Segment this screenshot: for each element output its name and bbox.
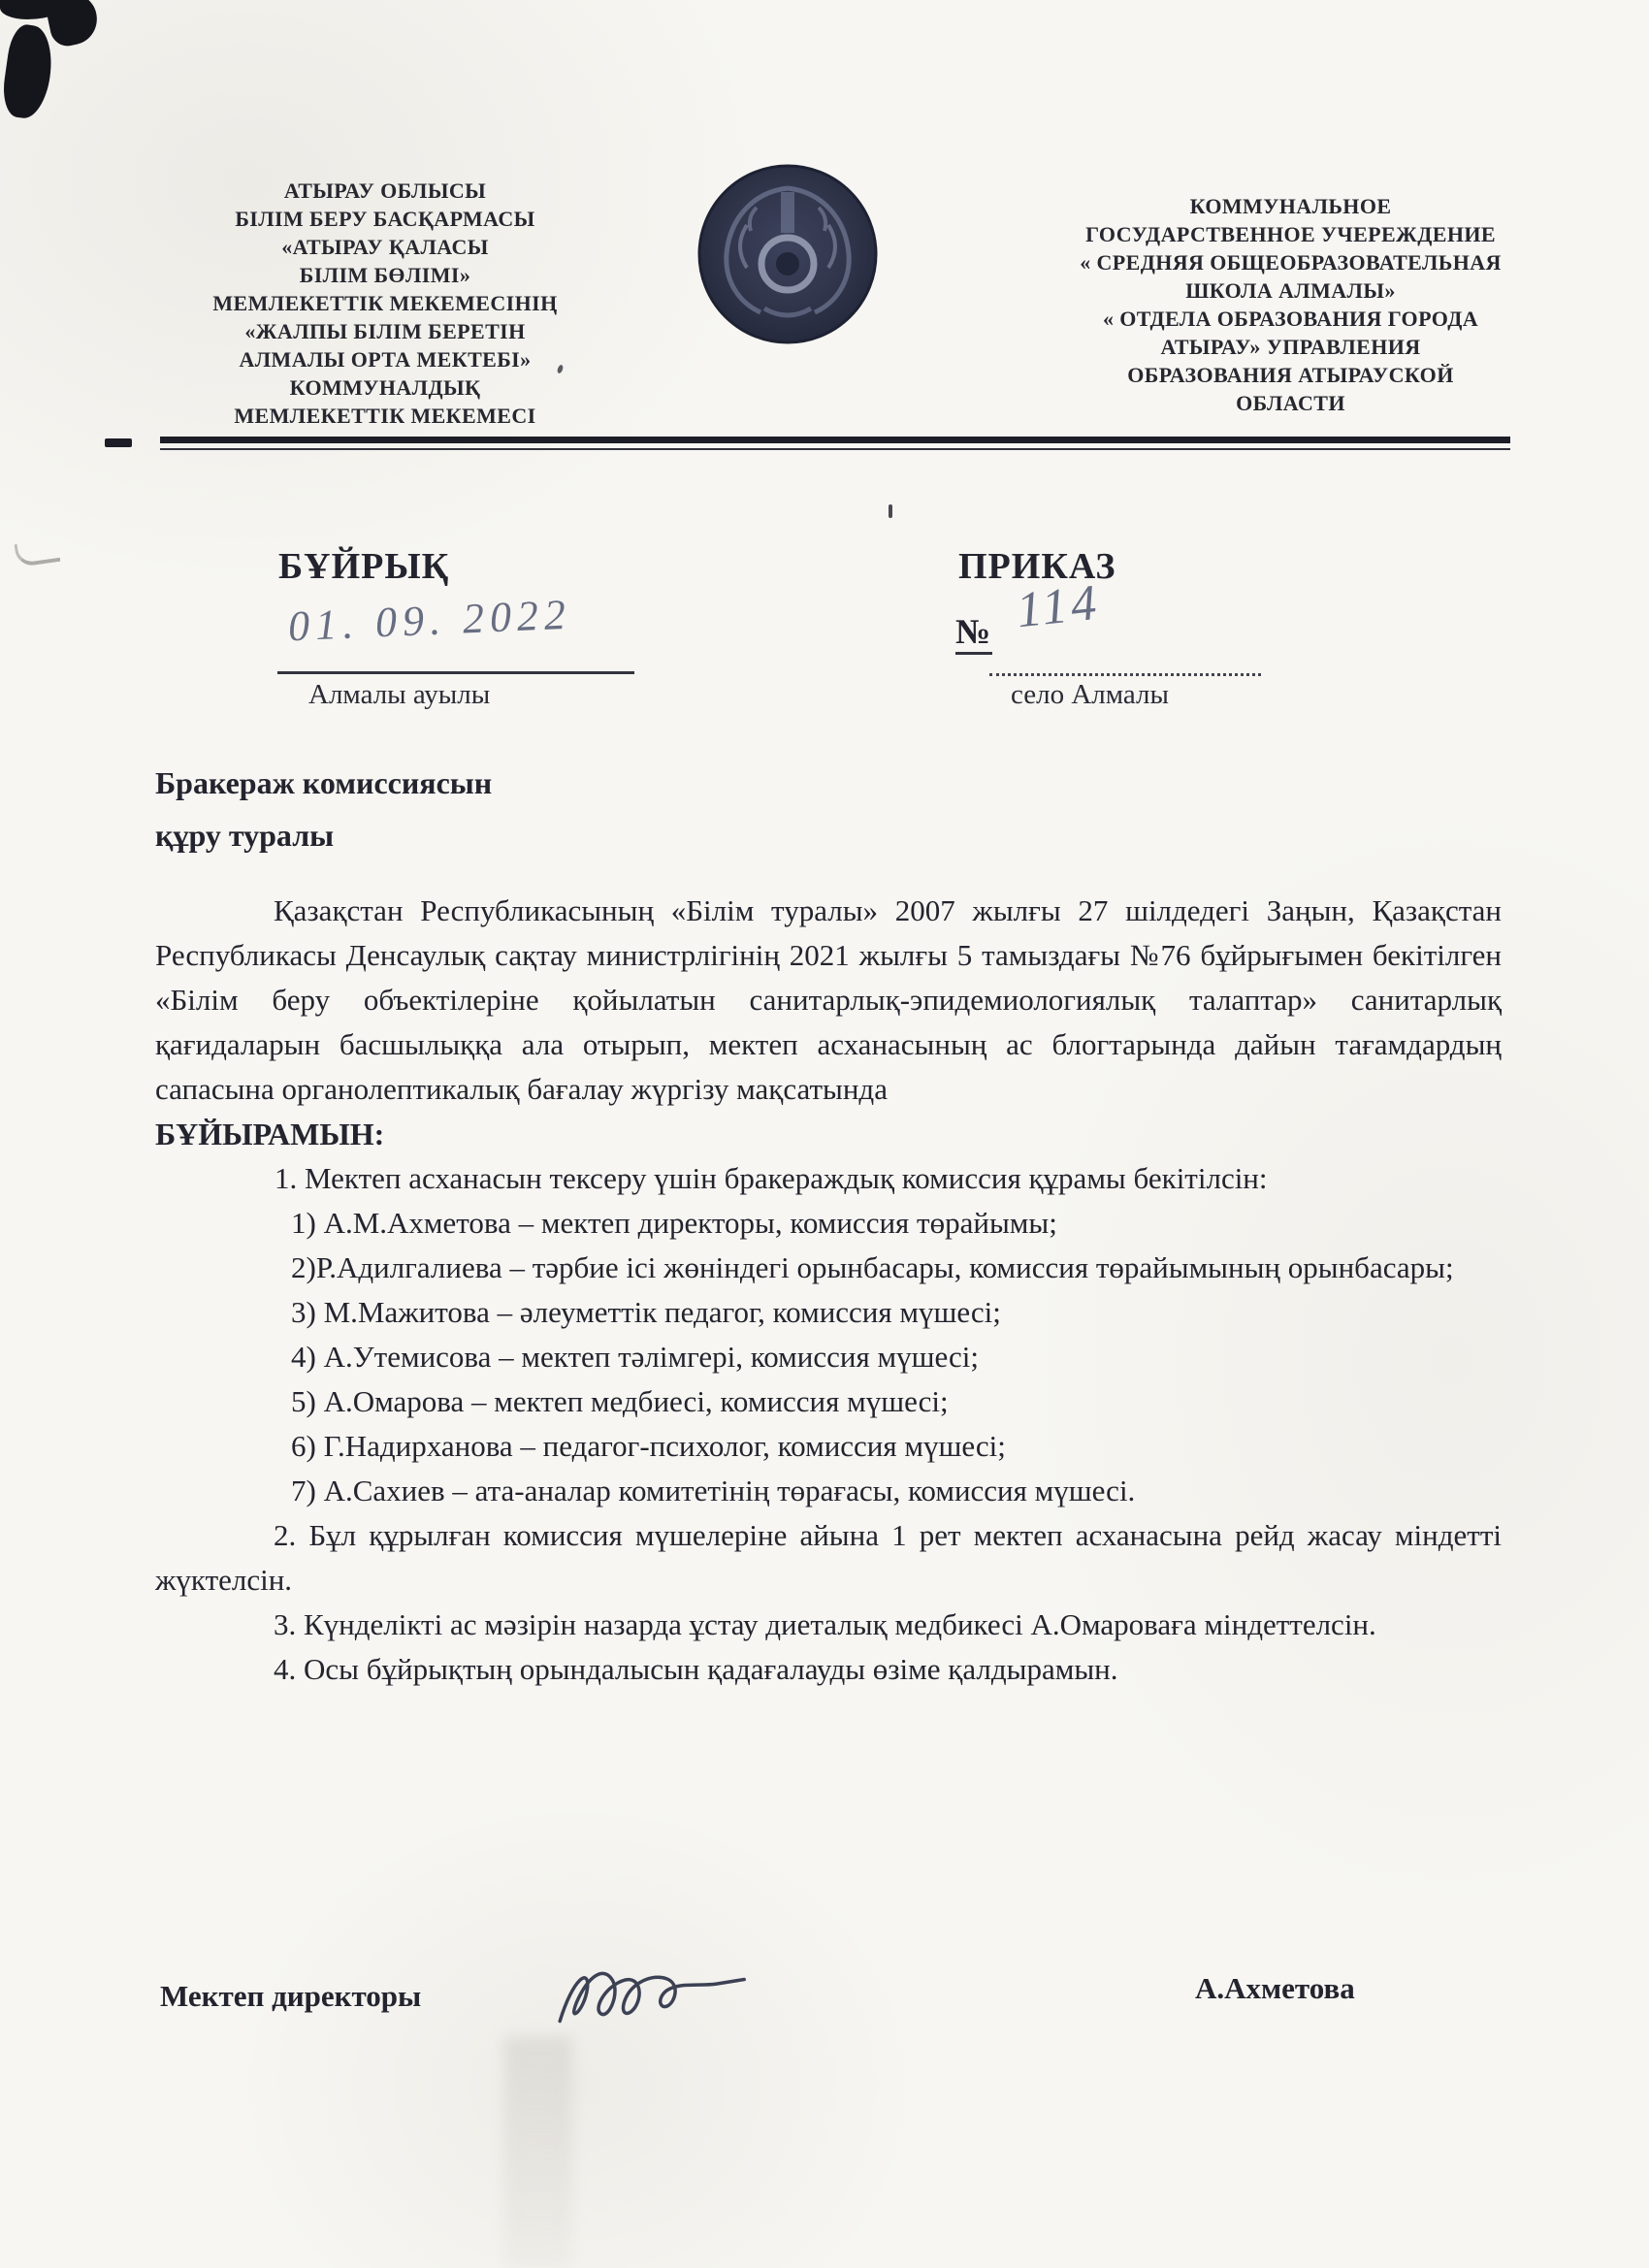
commission-member: 3) М.Мажитова – әлеуметтік педагог, коми…: [155, 1290, 1502, 1335]
scan-corner-blob: [0, 22, 56, 120]
order-number-label: №: [955, 611, 992, 655]
scanned-order-document: АТЫРАУ ОБЛЫСЫ БІЛІМ БЕРУ БАСҚАРМАСЫ «АТЫ…: [0, 0, 1649, 2268]
subject-line: құру туралы: [155, 809, 1502, 861]
org-line: КОММУНАЛДЫҚ: [139, 373, 631, 402]
header-divider: [160, 437, 1510, 450]
org-line: БІЛІМ БЕРУ БАСҚАРМАСЫ: [139, 205, 631, 233]
state-emblem-stamp-icon: [696, 163, 879, 345]
scan-pen-mark: [15, 538, 61, 567]
order-date-handwritten: 01. 09. 2022: [287, 590, 572, 652]
date-underline: [277, 671, 634, 674]
order-type-kazakh: БҰЙРЫҚ: [278, 545, 449, 588]
scan-smudge: [504, 2037, 572, 2268]
commission-member: 5) А.Омарова – мектеп медбиесі, комиссия…: [155, 1379, 1502, 1424]
org-line: АТЫРАУ ОБЛЫСЫ: [139, 177, 631, 205]
org-line: « СРЕДНЯЯ ОБЩЕОБРАЗОВАТЕЛЬНАЯ: [1026, 248, 1555, 276]
org-name-kazakh: АТЫРАУ ОБЛЫСЫ БІЛІМ БЕРУ БАСҚАРМАСЫ «АТЫ…: [139, 177, 631, 430]
org-name-russian: КОММУНАЛЬНОЕ ГОСУДАРСТВЕННОЕ УЧЕРЕЖДЕНИЕ…: [1026, 192, 1555, 417]
director-role-label: Мектеп директоры: [160, 1979, 421, 2014]
director-signature-icon: [545, 1948, 778, 2050]
org-line: ГОСУДАРСТВЕННОЕ УЧЕРЕЖДЕНИЕ: [1026, 220, 1555, 248]
commission-member: 7) А.Сахиев – ата-аналар комитетінің төр…: [155, 1469, 1502, 1513]
number-underline: [989, 673, 1261, 676]
resolution-word: БҰЙЫРАМЫН:: [155, 1112, 1502, 1156]
preamble-paragraph: Қазақстан Республикасының «Білім туралы»…: [155, 889, 1502, 1112]
org-line: ШКОЛА АЛМАЛЫ»: [1026, 276, 1555, 305]
org-line: БІЛІМ БӨЛІМІ»: [139, 261, 631, 289]
commission-member: 4) А.Утемисова – мектеп тәлімгері, комис…: [155, 1335, 1502, 1379]
org-line: «ЖАЛПЫ БІЛІМ БЕРЕТІН: [139, 317, 631, 345]
order-place-russian: село Алмалы: [1011, 679, 1169, 711]
scan-corner-blob: [44, 0, 102, 49]
order-item-2: 2. Бұл құрылған комиссия мүшелеріне айын…: [155, 1513, 1502, 1603]
subject-title: Бракераж комиссиясын құру туралы: [155, 757, 1502, 861]
commission-member: 1) А.М.Ахметова – мектеп директоры, коми…: [155, 1201, 1502, 1246]
org-line: ОБРАЗОВАНИЯ АТЫРАУСКОЙ: [1026, 361, 1555, 389]
order-item-1: 1. Мектеп асханасын тексеру үшін бракера…: [155, 1156, 1502, 1201]
order-item-3: 3. Күнделікті ас мәзірін назарда ұстау д…: [155, 1603, 1502, 1647]
order-number-handwritten: 114: [1014, 574, 1103, 640]
org-line: МЕМЛЕКЕТТІК МЕКЕМЕСІНІҢ: [139, 289, 631, 317]
org-line: АЛМАЛЫ ОРТА МЕКТЕБІ»: [139, 345, 631, 373]
org-line: МЕМЛЕКЕТТІК МЕКЕМЕСІ: [139, 402, 631, 430]
scan-ink-mark: [105, 438, 132, 447]
org-line: «АТЫРАУ ҚАЛАСЫ: [139, 233, 631, 261]
org-line: АТЫРАУ» УПРАВЛЕНИЯ: [1026, 333, 1555, 361]
subject-line: Бракераж комиссиясын: [155, 757, 1502, 809]
order-item-4: 4. Осы бұйрықтың орындалысын қадағалауды…: [155, 1647, 1502, 1692]
order-body: Бракераж комиссиясын құру туралы Қазақст…: [155, 757, 1502, 1692]
org-line: ОБЛАСТИ: [1026, 389, 1555, 417]
scan-speck: [889, 504, 892, 518]
order-place-kazakh: Алмалы ауылы: [308, 679, 490, 711]
org-line: « ОТДЕЛА ОБРАЗОВАНИЯ ГОРОДА: [1026, 305, 1555, 333]
commission-member: 2)Р.Адилгалиева – тәрбие ісі жөніндегі о…: [155, 1246, 1502, 1290]
org-line: КОММУНАЛЬНОЕ: [1026, 192, 1555, 220]
director-name: А.Ахметова: [1195, 1971, 1355, 2006]
commission-member: 6) Г.Надирханова – педагог-психолог, ком…: [155, 1424, 1502, 1469]
